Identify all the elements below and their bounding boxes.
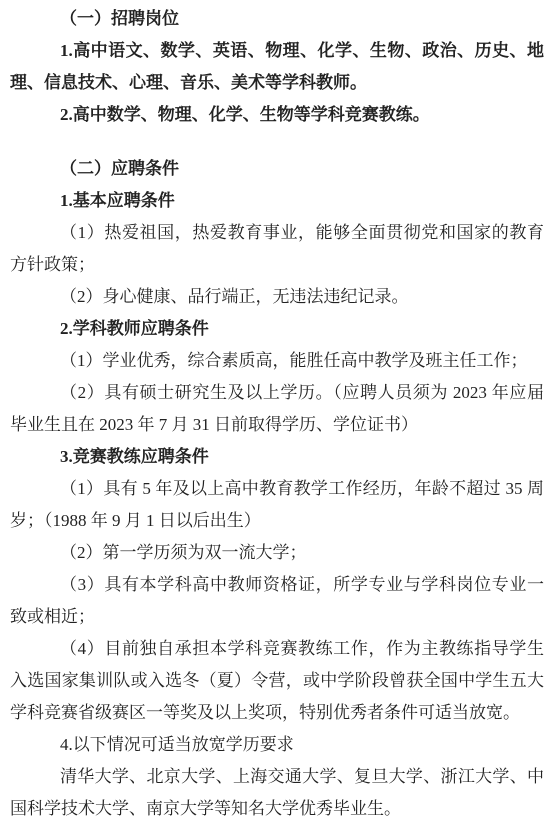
basic-condition-1: （1）热爱祖国，热爱教育事业，能够全面贯彻党和国家的教育方针政策； [10,217,544,281]
coach-condition-4: （4）目前独自承担本学科竞赛教练工作，作为主教练指导学生入选国家集训队或入选冬（… [10,633,544,729]
relaxed-universities: 清华大学、北京大学、上海交通大学、复旦大学、浙江大学、中国科学技术大学、南京大学… [10,761,544,825]
heading-basic-conditions: 1.基本应聘条件 [10,185,544,217]
basic-condition-2: （2）身心健康、品行端正，无违法违纪记录。 [10,281,544,313]
recruit-competition-coaches: 2.高中数学、物理、化学、生物等学科竞赛教练。 [10,99,544,131]
document-page: （一）招聘岗位 1.高中语文、数学、英语、物理、化学、生物、政治、历史、地理、信… [0,0,554,829]
teacher-condition-1: （1）学业优秀，综合素质高，能胜任高中教学及班主任工作； [10,345,544,377]
heading-subject-teacher-conditions: 2.学科教师应聘条件 [10,313,544,345]
coach-condition-2: （2）第一学历须为双一流大学； [10,537,544,569]
coach-condition-1: （1）具有 5 年及以上高中教育教学工作经历，年龄不超过 35 周岁；（1988… [10,473,544,537]
heading-recruit-positions: （一）招聘岗位 [10,3,544,35]
section-gap [10,131,544,153]
coach-condition-3: （3）具有本学科高中教师资格证，所学专业与学科岗位专业一致或相近； [10,569,544,633]
heading-relaxed-education-requirement: 4.以下情况可适当放宽学历要求 [10,729,544,761]
teacher-condition-2: （2）具有硕士研究生及以上学历。（应聘人员须为 2023 年应届毕业生且在 20… [10,377,544,441]
recruit-subject-teachers: 1.高中语文、数学、英语、物理、化学、生物、政治、历史、地理、信息技术、心理、音… [10,35,544,99]
heading-competition-coach-conditions: 3.竞赛教练应聘条件 [10,441,544,473]
heading-application-conditions: （二）应聘条件 [10,153,544,185]
